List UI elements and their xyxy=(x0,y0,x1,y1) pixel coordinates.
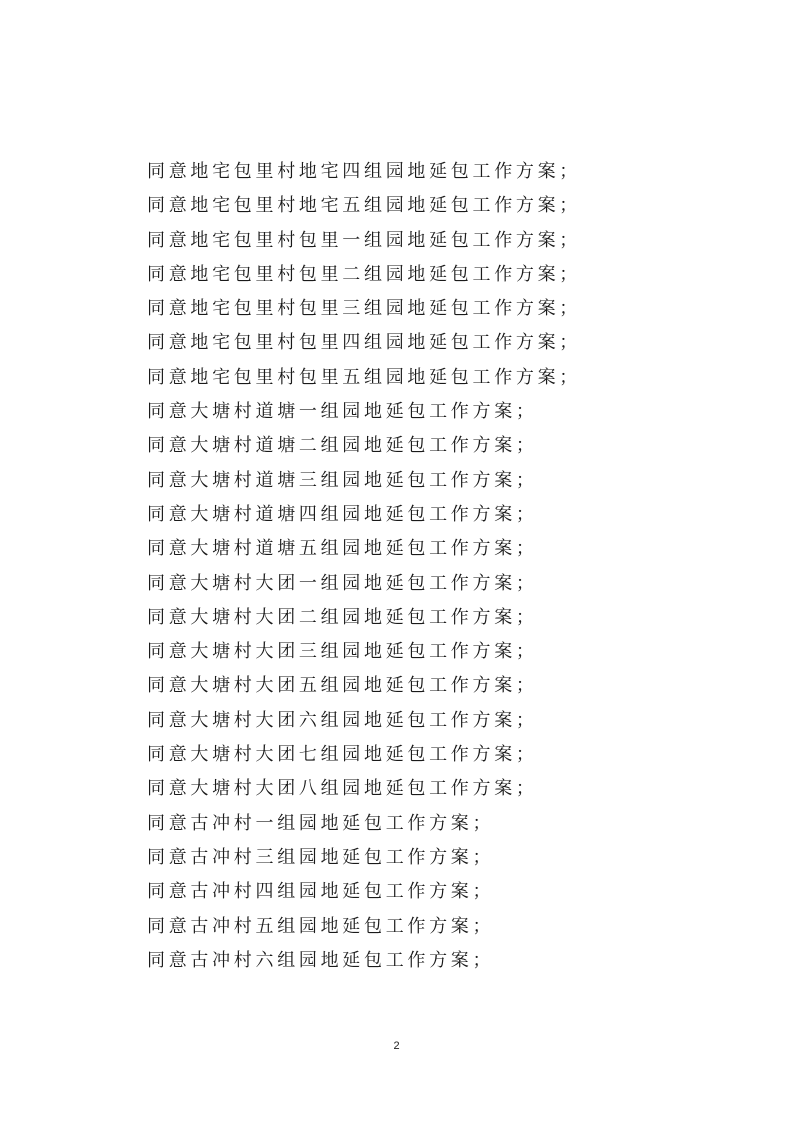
resolution-line: 同意古冲村五组园地延包工作方案； xyxy=(147,910,581,944)
resolution-line: 同意大塘村大团七组园地延包工作方案； xyxy=(147,738,581,772)
resolution-line: 同意大塘村大团五组园地延包工作方案； xyxy=(147,669,581,703)
resolution-line: 同意大塘村道塘一组园地延包工作方案； xyxy=(147,395,581,429)
resolution-line: 同意古冲村三组园地延包工作方案； xyxy=(147,841,581,875)
resolution-line: 同意大塘村大团二组园地延包工作方案； xyxy=(147,601,581,635)
resolution-list: 同意地宅包里村地宅四组园地延包工作方案； 同意地宅包里村地宅五组园地延包工作方案… xyxy=(147,155,581,978)
resolution-line: 同意大塘村道塘四组园地延包工作方案； xyxy=(147,498,581,532)
resolution-line: 同意地宅包里村包里一组园地延包工作方案； xyxy=(147,224,581,258)
resolution-line: 同意古冲村四组园地延包工作方案； xyxy=(147,875,581,909)
resolution-line: 同意大塘村道塘五组园地延包工作方案； xyxy=(147,532,581,566)
resolution-line: 同意大塘村大团六组园地延包工作方案； xyxy=(147,704,581,738)
resolution-line: 同意大塘村大团八组园地延包工作方案； xyxy=(147,772,581,806)
resolution-line: 同意古冲村一组园地延包工作方案； xyxy=(147,807,581,841)
resolution-line: 同意地宅包里村地宅五组园地延包工作方案； xyxy=(147,189,581,223)
resolution-line: 同意大塘村大团三组园地延包工作方案； xyxy=(147,635,581,669)
resolution-line: 同意地宅包里村包里三组园地延包工作方案； xyxy=(147,292,581,326)
resolution-line: 同意大塘村道塘二组园地延包工作方案； xyxy=(147,429,581,463)
resolution-line: 同意大塘村道塘三组园地延包工作方案； xyxy=(147,464,581,498)
resolution-line: 同意大塘村大团一组园地延包工作方案； xyxy=(147,567,581,601)
resolution-line: 同意地宅包里村地宅四组园地延包工作方案； xyxy=(147,155,581,189)
resolution-line: 同意地宅包里村包里四组园地延包工作方案； xyxy=(147,326,581,360)
resolution-line: 同意古冲村六组园地延包工作方案； xyxy=(147,944,581,978)
page-number: 2 xyxy=(0,1040,793,1052)
document-page: 同意地宅包里村地宅四组园地延包工作方案； 同意地宅包里村地宅五组园地延包工作方案… xyxy=(0,0,793,1122)
resolution-line: 同意地宅包里村包里二组园地延包工作方案； xyxy=(147,258,581,292)
resolution-line: 同意地宅包里村包里五组园地延包工作方案； xyxy=(147,361,581,395)
